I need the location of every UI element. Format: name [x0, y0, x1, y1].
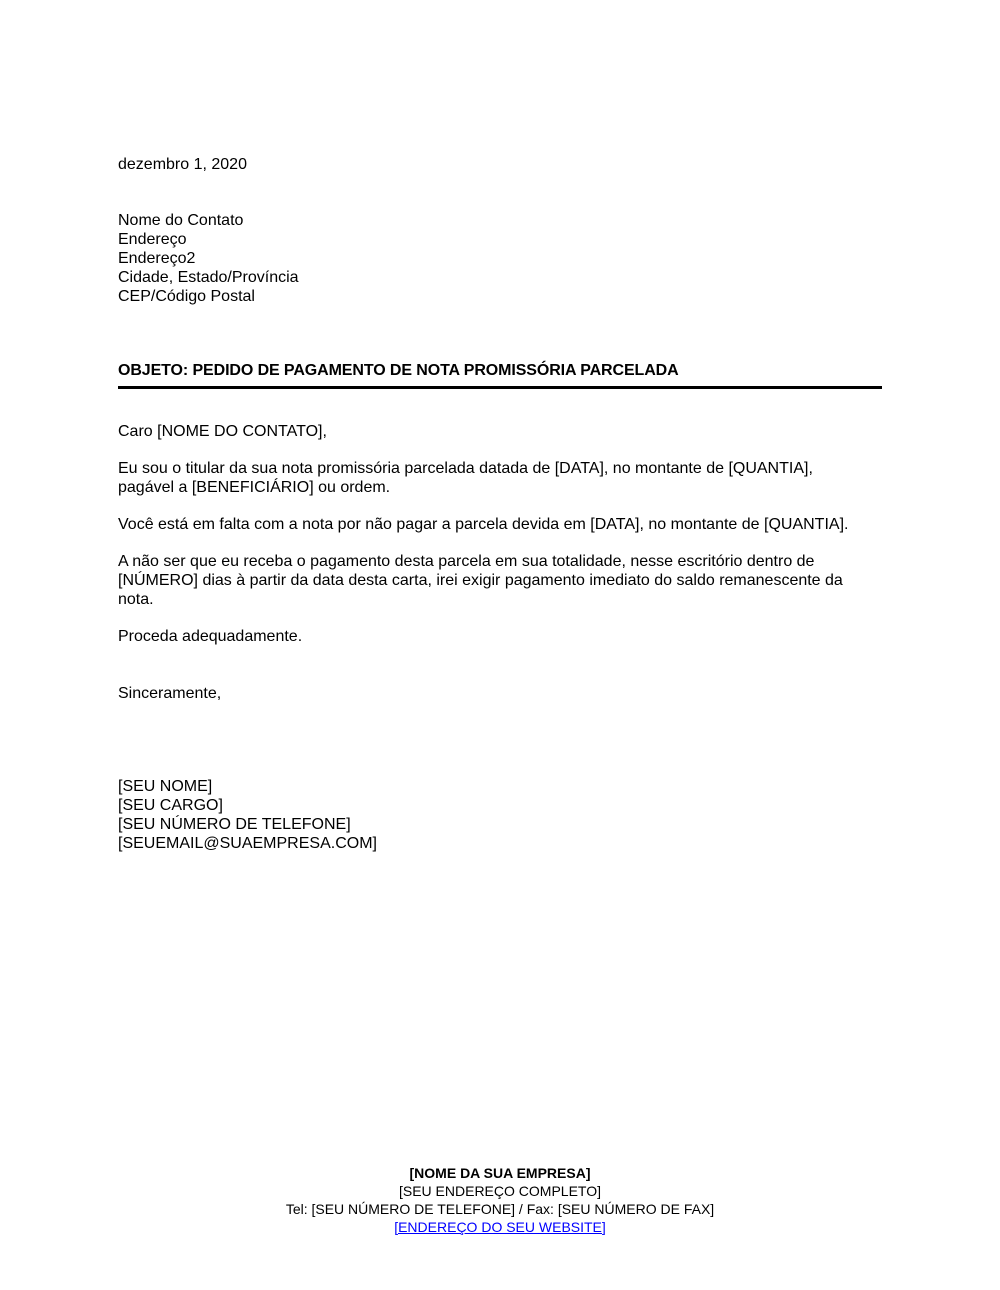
paragraph-line: A não ser que eu receba o pagamento dest…	[118, 552, 882, 571]
paragraph-line: Eu sou o titular da sua nota promissória…	[118, 459, 882, 478]
sender-title: [SEU CARGO]	[118, 796, 377, 815]
paragraph-line: [NÚMERO] dias à partir da data desta car…	[118, 571, 882, 590]
recipient-city-state: Cidade, Estado/Província	[118, 268, 299, 287]
sender-name: [SEU NOME]	[118, 777, 377, 796]
letterhead-footer: [NOME DA SUA EMPRESA] [SEU ENDEREÇO COMP…	[0, 1164, 1000, 1236]
salutation: Caro [NOME DO CONTATO],	[118, 422, 327, 441]
recipient-name: Nome do Contato	[118, 211, 299, 230]
recipient-address-line-2: Endereço2	[118, 249, 299, 268]
sender-email: [SEUEMAIL@SUAEMPRESA.COM]	[118, 834, 377, 853]
body-paragraph-4: Proceda adequadamente.	[118, 627, 882, 646]
body-paragraph-1: Eu sou o titular da sua nota promissória…	[118, 459, 882, 497]
subject-divider	[118, 386, 882, 389]
letter-date: dezembro 1, 2020	[118, 155, 247, 174]
footer-company-name: [NOME DA SUA EMPRESA]	[0, 1164, 1000, 1182]
body-paragraph-2: Você está em falta com a nota por não pa…	[118, 515, 882, 534]
recipient-address-block: Nome do Contato Endereço Endereço2 Cidad…	[118, 211, 299, 306]
letter-page: dezembro 1, 2020 Nome do Contato Endereç…	[0, 0, 1000, 1290]
footer-address: [SEU ENDEREÇO COMPLETO]	[0, 1182, 1000, 1200]
footer-contact: Tel: [SEU NÚMERO DE TELEFONE] / Fax: [SE…	[0, 1200, 1000, 1218]
signature-block: [SEU NOME] [SEU CARGO] [SEU NÚMERO DE TE…	[118, 777, 377, 853]
body-paragraph-3: A não ser que eu receba o pagamento dest…	[118, 552, 882, 609]
closing: Sinceramente,	[118, 684, 221, 703]
recipient-address-line-1: Endereço	[118, 230, 299, 249]
paragraph-line: pagável a [BENEFICIÁRIO] ou ordem.	[118, 478, 882, 497]
paragraph-line: Proceda adequadamente.	[118, 627, 882, 646]
sender-phone: [SEU NÚMERO DE TELEFONE]	[118, 815, 377, 834]
paragraph-line: nota.	[118, 590, 882, 609]
subject-line: OBJETO: PEDIDO DE PAGAMENTO DE NOTA PROM…	[118, 361, 679, 380]
footer-website-link[interactable]: [ENDEREÇO DO SEU WEBSITE]	[394, 1219, 606, 1235]
paragraph-line: Você está em falta com a nota por não pa…	[118, 515, 882, 534]
recipient-postal-code: CEP/Código Postal	[118, 287, 299, 306]
